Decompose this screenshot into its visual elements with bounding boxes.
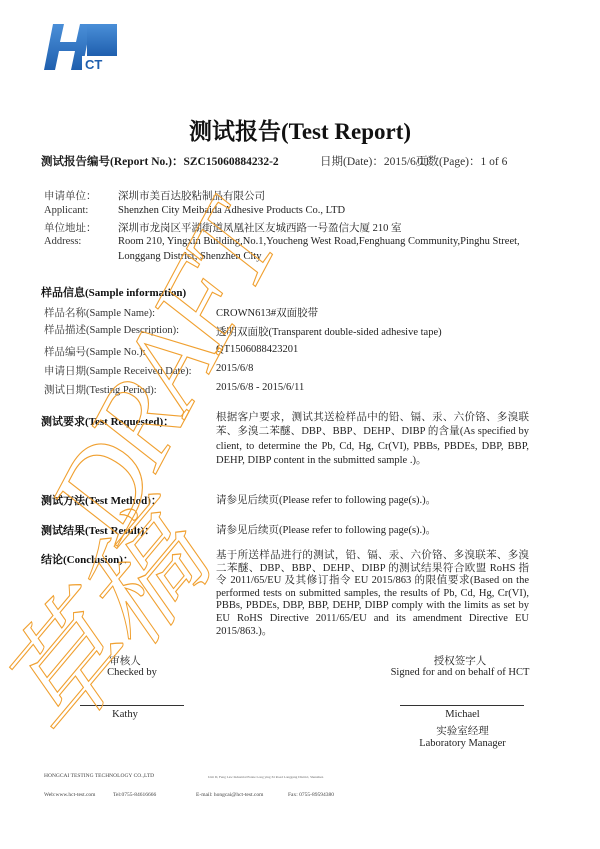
signed-by-title-cn: 实验室经理	[380, 723, 545, 738]
signed-by-title-en: Laboratory Manager	[380, 738, 545, 749]
footer-address: Unit D, Feng Law Industrial Estate Long …	[208, 775, 323, 779]
sample-row-label: 样品名称(Sample Name):	[44, 305, 155, 320]
watermark-text-cn: 草稿	[0, 467, 229, 769]
test-method-label: 测试方法(Test Method)：	[41, 492, 162, 508]
checked-by-name: Kathy	[80, 709, 170, 720]
footer-web: Web:www.hct-test.com	[44, 792, 95, 798]
address-en-line2: Longgang District, Shenzhen City	[118, 251, 261, 262]
conclusion-label: 结论(Conclusion)：	[41, 551, 134, 567]
footer-company: HONGCAI TESTING TECHNOLOGY CO.,LTD	[44, 773, 154, 779]
test-result-label: 测试结果(Test Result)：	[41, 522, 155, 538]
sample-row-label: 样品编号(Sample No.):	[44, 344, 146, 359]
test-result-text: 请参见后续页(Please refer to following page(s)…	[216, 522, 436, 537]
sample-info-heading: 样品信息(Sample information)	[41, 284, 186, 300]
footer-email: E-mail: hongcai@hct-test.com	[196, 792, 263, 798]
logo-sub-text: CT	[85, 57, 102, 72]
sample-row-value: 2015/6/8 - 2015/6/11	[216, 382, 304, 393]
sample-row-label: 样品描述(Sample Description):	[44, 322, 179, 337]
sample-row-value: QT1506088423201	[216, 344, 298, 355]
applicant-cn-label: 申请单位：	[44, 188, 97, 203]
address-en-line1: Room 210, Yingxin Building,No.1,Youcheng…	[118, 236, 520, 247]
conclusion-text: 基于所送样品进行的测试，铅、镉、汞、六价铬、多溴联苯、多溴二苯醚、DBP、BBP…	[216, 550, 529, 638]
sample-row-value: 2015/6/8	[216, 363, 253, 374]
test-requested-text: 根据客户要求，测试其送检样品中的铅、镉、汞、六价铬、多溴联苯、多溴二苯醚、DBP…	[216, 411, 529, 468]
report-page: 页数(Page)：1 of 6	[416, 153, 507, 169]
sample-row-label: 测试日期(Testing Period):	[44, 382, 157, 397]
checked-signature-line	[80, 705, 184, 706]
test-method-text: 请参见后续页(Please refer to following page(s)…	[216, 492, 436, 507]
address-cn-value: 深圳市龙岗区平湖街道凤凰社区友城西路一号盈信大厦 210 室	[118, 220, 402, 235]
test-requested-label: 测试要求(Test Requested)：	[41, 413, 174, 429]
signed-by-name: Michael	[380, 709, 545, 720]
signed-by-cn: 授权签字人	[380, 653, 540, 668]
footer-tel: Tel:0755-84616666	[113, 792, 156, 798]
checked-by-en: Checked by	[80, 667, 184, 678]
report-date: 日期(Date)：2015/6/11	[320, 153, 430, 169]
sample-row-value: 透明双面胶(Transparent double-sided adhesive …	[216, 324, 442, 339]
checked-by-cn: 审核人	[80, 653, 170, 668]
address-cn-label: 单位地址：	[44, 220, 97, 235]
applicant-cn-value: 深圳市美百达胶粘制品有限公司	[118, 188, 265, 203]
footer-fax: Fax: 0755-89594380	[288, 792, 334, 798]
page-title: 测试报告(Test Report)	[0, 113, 600, 146]
applicant-en-value: Shenzhen City Meibaida Adhesive Products…	[118, 205, 345, 216]
signed-by-en: Signed for and on behalf of HCT	[380, 667, 540, 678]
address-en-label: Address:	[44, 236, 81, 247]
signed-signature-line	[400, 705, 524, 706]
report-number: 测试报告编号(Report No.)：SZC15060884232-2	[41, 153, 279, 169]
hct-logo: CT	[44, 22, 118, 72]
sample-row-value: CROWN613#双面胶带	[216, 305, 318, 320]
sample-row-label: 申请日期(Sample Received Date):	[44, 363, 192, 378]
applicant-en-label: Applicant:	[44, 205, 88, 216]
